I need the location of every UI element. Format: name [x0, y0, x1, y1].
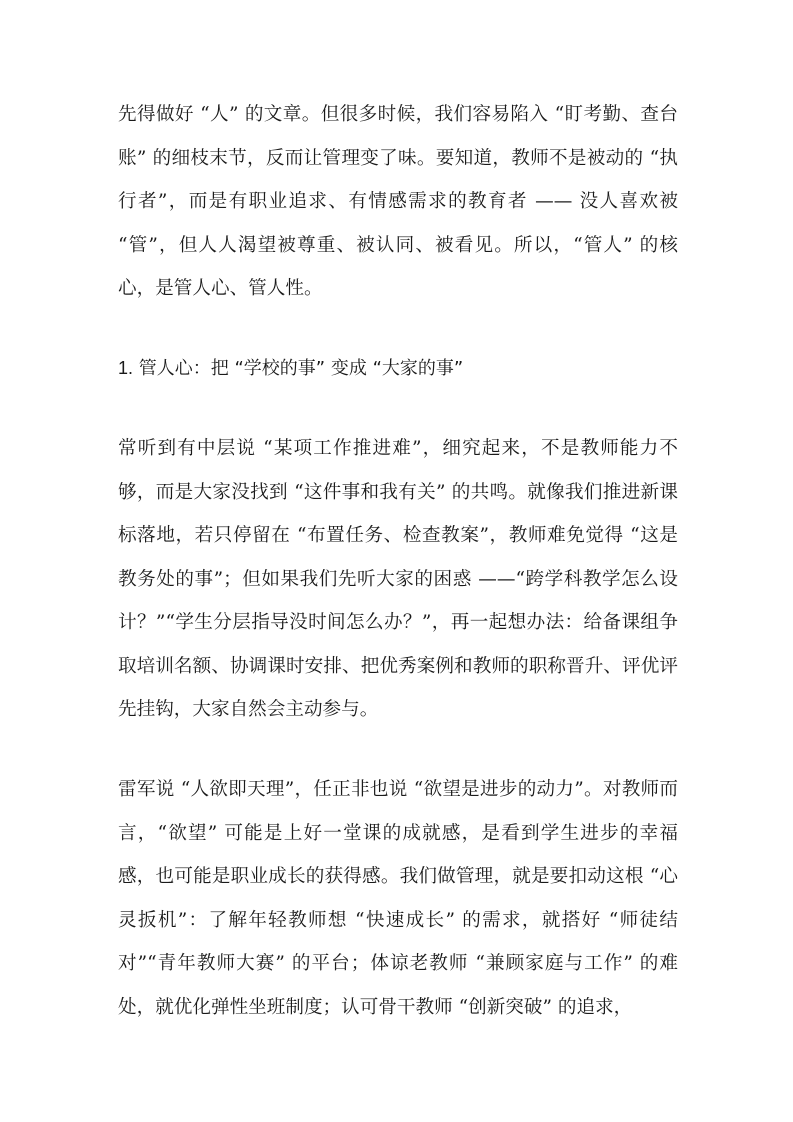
- heading-number: 1.: [118, 358, 133, 378]
- section-heading: 1. 管人心：把 “学校的事” 变成 “大家的事”: [118, 347, 678, 391]
- body-paragraph-3: 雷军说 “人欲即天理”，任正非也说 “欲望是进步的动力”。对教师而言，“欲望” …: [118, 768, 678, 1029]
- paragraph-gap: [118, 391, 678, 428]
- paragraph-gap: [118, 311, 678, 348]
- body-paragraph-1: 先得做好 “人” 的文章。但很多时候，我们容易陷入 “盯考勤、查台账” 的细枝末…: [118, 93, 678, 311]
- document-page: 先得做好 “人” 的文章。但很多时候，我们容易陷入 “盯考勤、查台账” 的细枝末…: [118, 93, 678, 1029]
- body-paragraph-2: 常听到有中层说 “某项工作推进难”，细究起来，不是教师能力不够，而是大家没找到 …: [118, 427, 678, 732]
- paragraph-gap: [118, 732, 678, 769]
- heading-text: 管人心：把 “学校的事” 变成 “大家的事”: [139, 358, 463, 379]
